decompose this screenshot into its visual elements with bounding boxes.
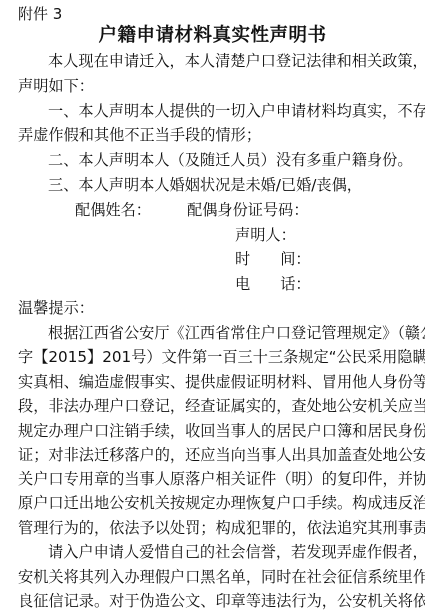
time-label-part1: 时 (235, 250, 250, 268)
document-title: 户籍申请材料真实性声明书 (0, 24, 425, 48)
intro-line-1: 本人现在申请迁入，本人清楚户口登记法律和相关政策，现 (48, 51, 425, 71)
tips-line: 实真相、编造虚假事实、提供虚假证明材料、冒用他人身份等手 (18, 372, 425, 392)
phone-label-part2: 话： (280, 275, 310, 293)
declarant-label: 声明人： (235, 225, 296, 245)
attachment-label: 附件 3 (18, 4, 62, 24)
spouse-id-label: 配偶身份证号码： (187, 200, 309, 220)
tips-line: 段，非法办理户口登记，经查证属实的，查处地公安机关应当按 (18, 396, 425, 416)
tips-line: 原户口迁出地公安机关按规定办理恢复户口手续。构成违反治安 (18, 493, 425, 513)
time-label: 时间： (235, 249, 311, 269)
item2: 二、本人声明本人（及随迁人员）没有多重户籍身份。 (48, 150, 413, 170)
phone-label: 电话： (235, 274, 311, 294)
phone-label-part1: 电 (235, 275, 250, 293)
time-label-part2: 间： (280, 250, 310, 268)
tips-line: 字【2015】201号）文件第一百三十三条规定“公民采用隐瞒事 (18, 347, 425, 367)
tips-line: 良征信记录。对于伪造公文、印章等违法行为，公安机关将依法 (18, 591, 425, 611)
tips-line: 根据江西省公安厅《江西省常住户口登记管理规定》（赣公 (48, 323, 425, 343)
item1-line-2: 弄虚作假和其他不正当手段的情形； (18, 125, 261, 145)
tips-line: 安机关将其列入办理假户口黑名单，同时在社会征信系统里作不 (18, 567, 425, 587)
tips-line: 请入户申请人爱惜自己的社会信誉，若发现弄虚作假者，公 (48, 542, 425, 562)
intro-line-2: 声明如下： (18, 76, 94, 96)
tips-line: 关户口专用章的当事人原落户相关证件（明）的复印件，并协调 (18, 469, 425, 489)
tips-line: 规定办理户口注销手续，收回当事人的居民户口簿和居民身份 (18, 421, 425, 441)
item3: 三、本人声明本人婚姻状况是未婚/已婚/丧偶， (48, 175, 362, 195)
tips-line: 证；对非法迁移落户的，还应当向当事人出具加盖查处地公安机 (18, 445, 425, 465)
tips-heading: 温馨提示： (18, 298, 94, 318)
tips-line: 管理行为的，依法予以处罚；构成犯罪的，依法追究其刑事责任”。 (18, 518, 425, 538)
item1-line-1: 一、本人声明本人提供的一切入户申请材料均真实，不存在 (48, 101, 425, 121)
spouse-name-label: 配偶姓名： (75, 200, 151, 220)
